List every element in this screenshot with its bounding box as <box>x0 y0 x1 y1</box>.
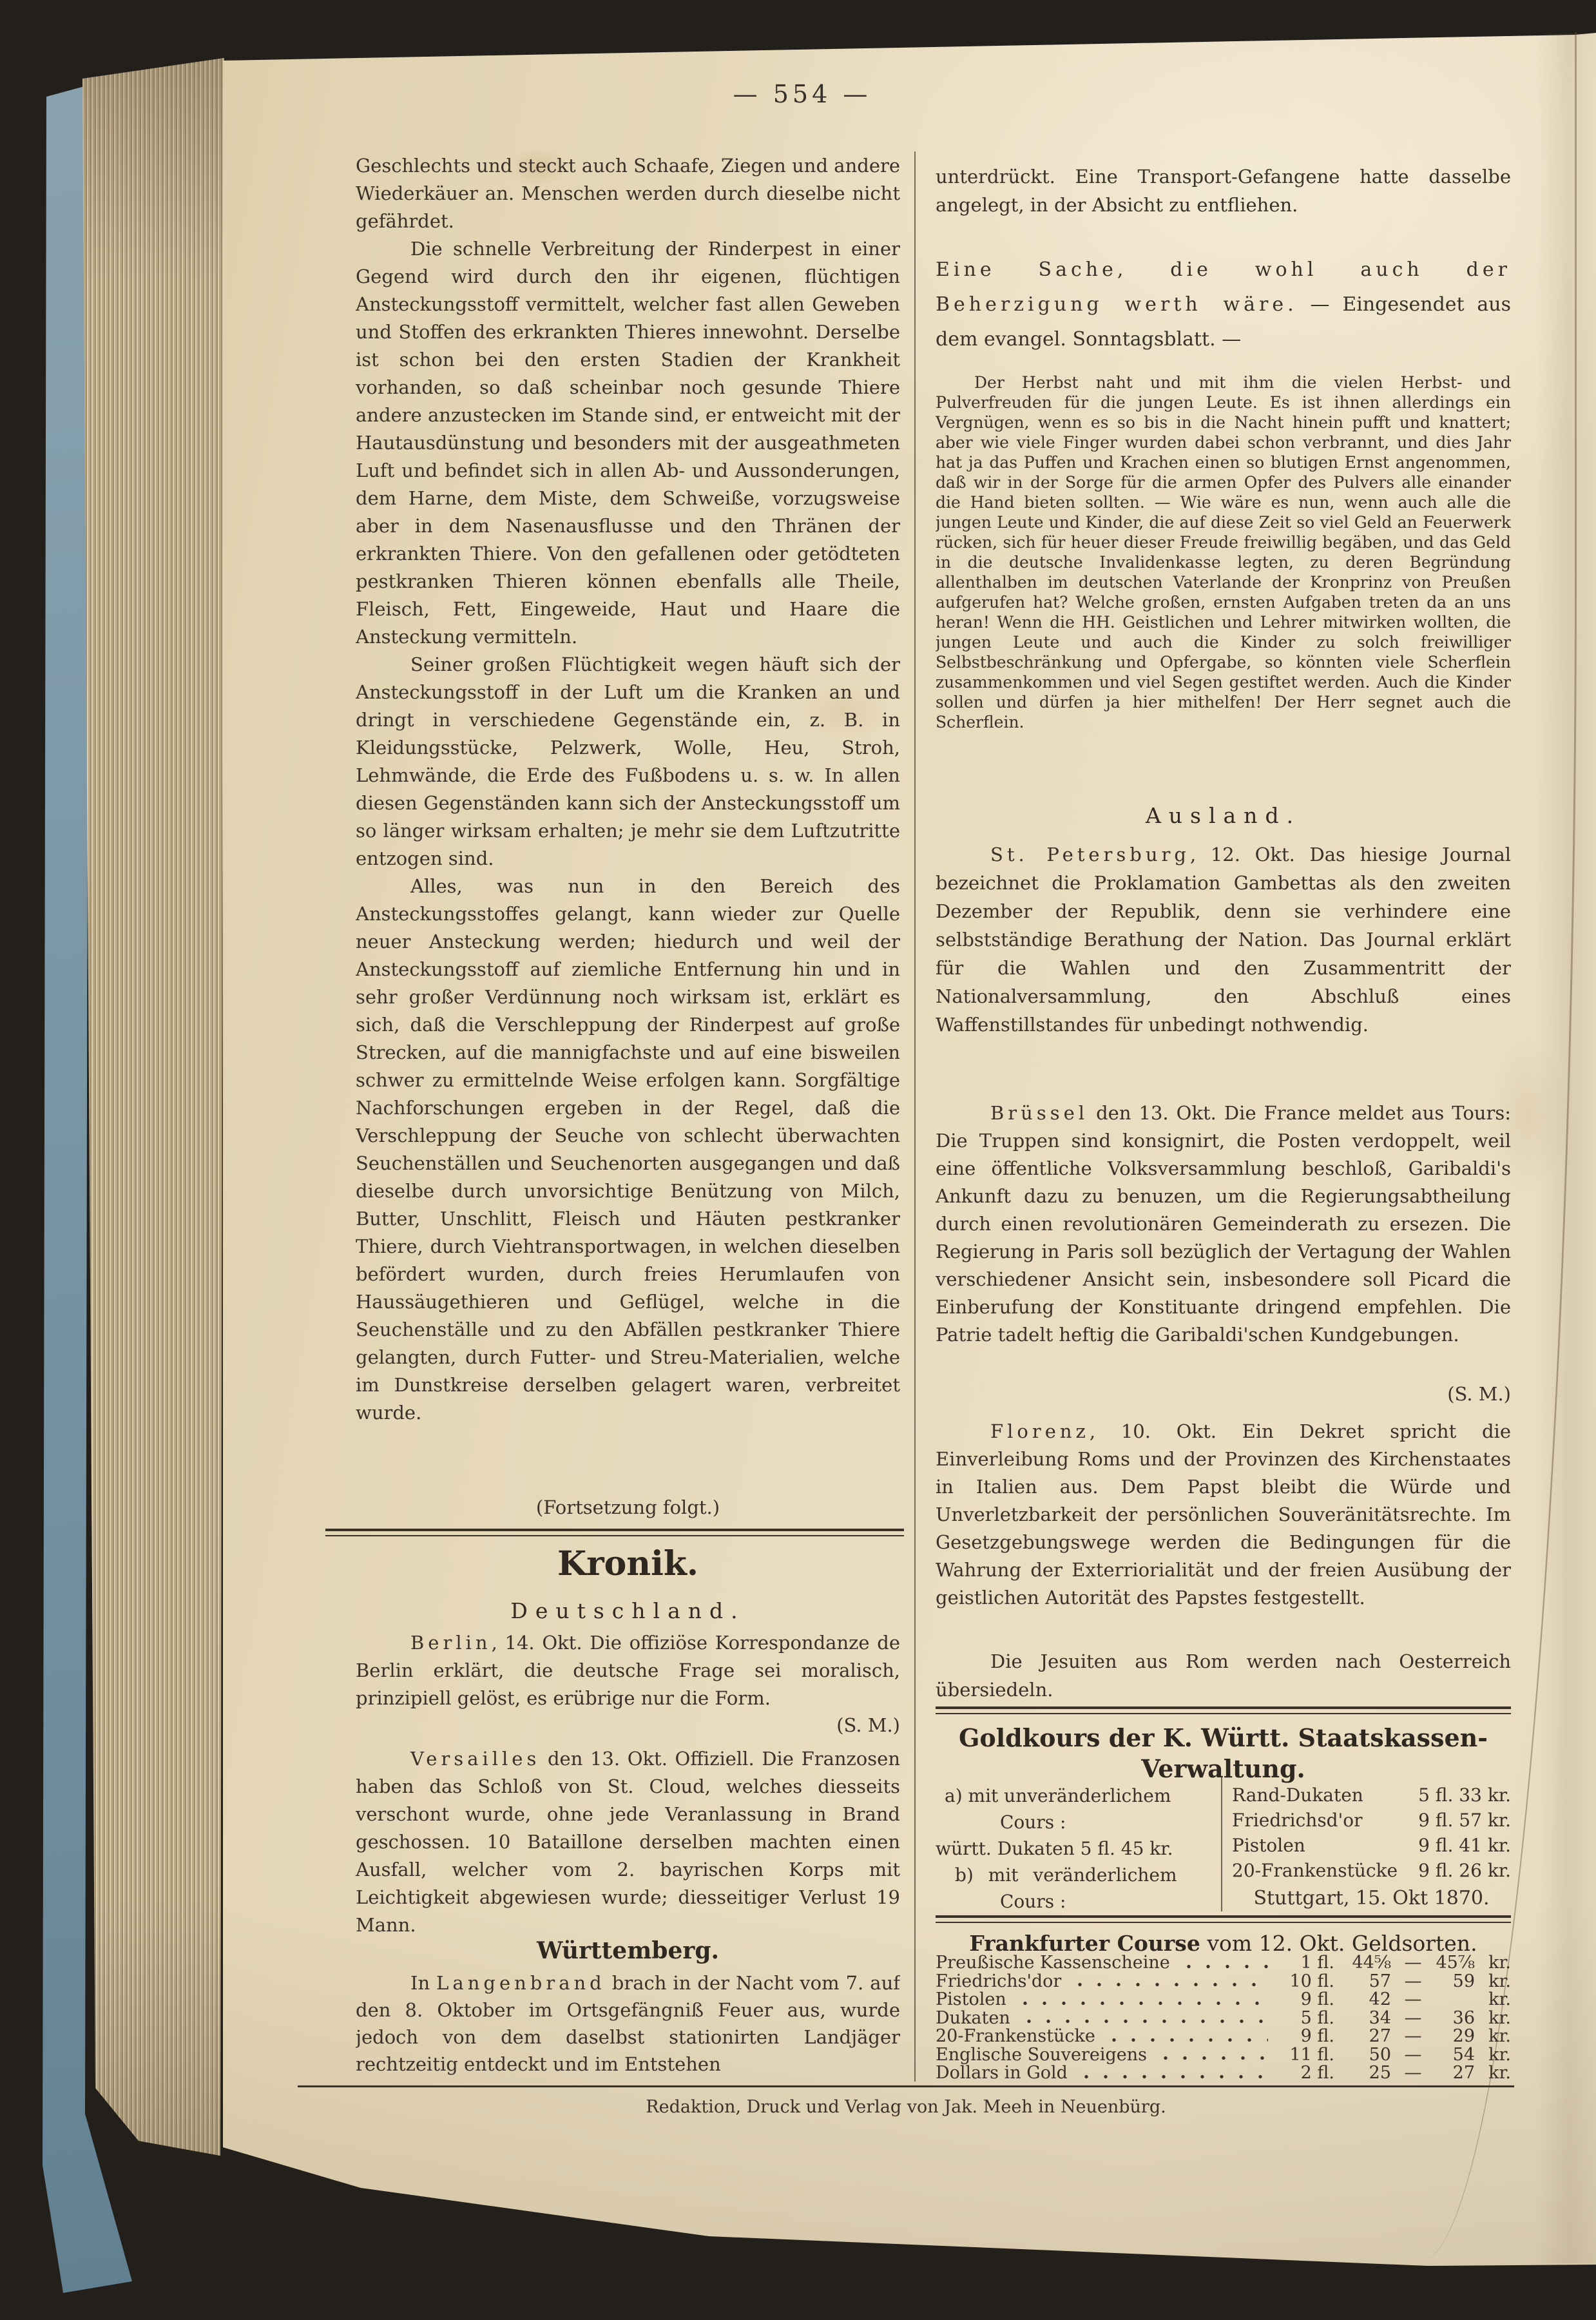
goldkours-divider <box>1221 1777 1222 1911</box>
section-rule <box>325 1529 904 1536</box>
sort-unit: kr. <box>1475 1954 1511 1973</box>
dispatch-text: Florenz, 10. Okt. Ein Dekret spricht die… <box>936 1418 1511 1612</box>
sort-low: 34 <box>1334 2009 1391 2028</box>
rate-row: 20-Frankenstücke9 fl. 26 kr. <box>1232 1858 1511 1883</box>
dateline-city: Langenbrand <box>436 1972 606 1994</box>
table-row: Preußische Kassenscheine1 fl.44⅝—45⅞kr. <box>936 1954 1511 1973</box>
dispatch-text: Eine Sache, die wohl auch der Beherzigun… <box>936 253 1511 357</box>
langenbrand-report: In Langenbrand brach in der Nacht vom 7.… <box>356 1969 900 2080</box>
dispatch-body: , 12. Okt. Das hiesige Journal bezeichne… <box>936 844 1511 1036</box>
dispatch-text: Berlin, 14. Okt. Die offiziöse Korrespon… <box>356 1629 900 1712</box>
sort-name: Englische Souvereigens <box>936 2046 1147 2065</box>
sort-unit: kr. <box>1475 2046 1511 2065</box>
article-paragraph: Alles, was nun in den Bereich des Anstec… <box>356 873 900 1427</box>
unterdrueckt-paragraph: unterdrückt. Eine Transport-Gefangene ha… <box>936 162 1511 219</box>
range-dash: — <box>1391 1954 1435 1973</box>
rate-name: Pistolen <box>1232 1833 1305 1858</box>
goldkours-course-labels: a) mit unveränderlichem Cours : württ. D… <box>936 1783 1216 1915</box>
rate-row: Rand-Dukaten5 fl. 33 kr. <box>1232 1783 1511 1808</box>
goldkours-dateline: Stuttgart, 15. Okt 1870. <box>1232 1883 1511 1911</box>
table-row: Dollars in Gold2 fl.25—27kr. <box>936 2064 1511 2083</box>
sort-fl: 5 fl. <box>1273 2009 1334 2028</box>
petersburg-dispatch: St. Petersburg, 12. Okt. Das hiesige Jou… <box>936 840 1511 1039</box>
sort-high: 54 <box>1435 2046 1475 2065</box>
course-b-label2: Cours : <box>936 1888 1216 1915</box>
range-dash: — <box>1391 1973 1435 1991</box>
dispatch-text: unterdrückt. Eine Transport-Gefangene ha… <box>936 162 1511 219</box>
course-a-value: württ. Dukaten 5 fl. 45 kr. <box>936 1835 1216 1862</box>
page-number: — 554 — <box>673 80 931 108</box>
rate-name: Friedrichsd'or <box>1232 1808 1363 1833</box>
sort-name: Dukaten <box>936 2009 1010 2028</box>
goldkours-rates: Rand-Dukaten5 fl. 33 kr. Friedrichsd'or9… <box>1232 1783 1511 1911</box>
table-row: Pistolen9 fl.42—kr. <box>936 1991 1511 2009</box>
table-row: Dukaten5 fl.34—36kr. <box>936 2009 1511 2028</box>
sort-high: 59 <box>1435 1973 1475 1991</box>
sort-unit: kr. <box>1475 2027 1511 2046</box>
sort-high: 29 <box>1435 2027 1475 2046</box>
range-dash: — <box>1391 2009 1435 2028</box>
berlin-dispatch: Berlin, 14. Okt. Die offiziöse Korrespon… <box>356 1629 900 1712</box>
rate-value: 9 fl. 41 kr. <box>1418 1833 1511 1858</box>
sort-high: 45⅞ <box>1435 1954 1475 1973</box>
book-scan: — 554 — Geschlechts und steckt auch Scha… <box>0 0 1596 2320</box>
leader-dots <box>1019 2019 1268 2024</box>
sort-low: 27 <box>1334 2027 1391 2046</box>
sort-fl: 1 fl. <box>1273 1954 1334 1973</box>
sort-low: 44⅝ <box>1334 1954 1391 1973</box>
sort-high: 27 <box>1435 2064 1475 2083</box>
rate-row: Pistolen9 fl. 41 kr. <box>1232 1833 1511 1858</box>
continuation-note: (Fortsetzung folgt.) <box>356 1496 900 1518</box>
dateline-city: Berlin <box>410 1632 492 1654</box>
versailles-dispatch: Versailles den 13. Okt. Offiziell. Die F… <box>356 1745 900 1939</box>
course-b-label: b) mit veränderlichem <box>936 1862 1216 1888</box>
rate-value: 9 fl. 26 kr. <box>1418 1858 1511 1883</box>
table-row: 20-Frankenstücke9 fl.27—29kr. <box>936 2027 1511 2046</box>
leader-dots <box>1077 2074 1268 2079</box>
ausland-heading: Ausland. <box>936 803 1511 828</box>
dispatch-text: In Langenbrand brach in der Nacht vom 7.… <box>356 1969 900 2078</box>
course-a-label2: Cours : <box>936 1809 1216 1835</box>
table-row: Englische Souvereigens11 fl.50—54kr. <box>936 2046 1511 2065</box>
bruessel-signature: (S. M.) <box>936 1383 1511 1405</box>
dispatch-intro: In <box>410 1972 436 1994</box>
sort-fl: 9 fl. <box>1273 2027 1334 2046</box>
dispatch-body: den 13. Okt. Offiziell. Die Franzosen ha… <box>356 1748 900 1936</box>
footer-imprint: Redaktion, Druck und Verlag von Jak. Mee… <box>298 2097 1514 2117</box>
goldkours-heading-line1: Goldkours der K. Württ. Staatskassen- <box>936 1723 1511 1752</box>
eine-sache-paragraph: Eine Sache, die wohl auch der Beherzigun… <box>936 253 1511 357</box>
sort-name: Preußische Kassenscheine <box>936 1954 1170 1973</box>
dispatch-text: Die Jesuiten aus Rom werden nach Oesterr… <box>936 1647 1511 1704</box>
section-rule <box>936 1915 1511 1923</box>
berlin-signature: (S. M.) <box>356 1714 900 1736</box>
sort-name: Dollars in Gold <box>936 2064 1068 2083</box>
goldkours-table: a) mit unveränderlichem Cours : württ. D… <box>936 1783 1511 1915</box>
wuerttemberg-heading: Württemberg. <box>356 1937 900 1964</box>
range-dash: — <box>1391 1991 1435 2009</box>
sort-low: 57 <box>1334 1973 1391 1991</box>
leader-dots <box>1015 2001 1268 2006</box>
article-paragraph: Die schnelle Verbreitung der Rinderpest … <box>356 235 900 651</box>
dateline-city: Versailles <box>410 1748 540 1770</box>
column-divider <box>914 151 916 2082</box>
sort-fl: 10 fl. <box>1273 1973 1334 1991</box>
sort-low: 50 <box>1334 2046 1391 2065</box>
sort-name: Friedrichs'dor <box>936 1973 1061 1991</box>
article-paragraph: Seiner großen Flüchtigkeit wegen häuft s… <box>356 651 900 873</box>
article-paragraph: Geschlechts und steckt auch Schaafe, Zie… <box>356 152 900 235</box>
sort-unit: kr. <box>1475 1973 1511 1991</box>
range-dash: — <box>1391 2027 1435 2046</box>
footer-rule <box>298 2085 1514 2087</box>
sort-name: Pistolen <box>936 1991 1006 2009</box>
rate-name: 20-Frankenstücke <box>1232 1858 1398 1883</box>
dateline-city: St. Petersburg <box>990 844 1190 865</box>
sort-low: 25 <box>1334 2064 1391 2083</box>
herbst-essay: Der Herbst naht und mit ihm die vielen H… <box>936 372 1511 798</box>
rate-value: 9 fl. 57 kr. <box>1418 1808 1511 1833</box>
left-column-article: Geschlechts und steckt auch Schaafe, Zie… <box>356 152 900 1499</box>
sort-unit: kr. <box>1475 2009 1511 2028</box>
leader-dots <box>1104 2038 1268 2042</box>
dateline-city: Florenz <box>990 1420 1090 1442</box>
sort-fl: 11 fl. <box>1273 2046 1334 2065</box>
sort-low: 42 <box>1334 1991 1391 2009</box>
sort-fl: 2 fl. <box>1273 2064 1334 2083</box>
kronik-heading: Kronik. <box>356 1544 900 1583</box>
section-rule <box>936 1706 1511 1714</box>
sort-unit: kr. <box>1475 1991 1511 2009</box>
range-dash: — <box>1391 2064 1435 2083</box>
dispatch-text: St. Petersburg, 12. Okt. Das hiesige Jou… <box>936 840 1511 1039</box>
rate-row: Friedrichsd'or9 fl. 57 kr. <box>1232 1808 1511 1833</box>
dispatch-body: , 10. Okt. Ein Dekret spricht die Einver… <box>936 1420 1511 1609</box>
range-dash: — <box>1391 2046 1435 2065</box>
sort-high <box>1435 1991 1475 2009</box>
rate-name: Rand-Dukaten <box>1232 1783 1363 1808</box>
rate-value: 5 fl. 33 kr. <box>1418 1783 1511 1808</box>
leader-dots <box>1070 1982 1268 1987</box>
goldkours-heading-line2: Verwaltung. <box>936 1754 1511 1783</box>
dispatch-body: den 13. Okt. Die France meldet aus Tours… <box>936 1102 1511 1346</box>
dateline-city: Brüssel <box>990 1102 1088 1124</box>
sort-fl: 9 fl. <box>1273 1991 1334 2009</box>
sort-name: 20-Frankenstücke <box>936 2027 1095 2046</box>
sort-unit: kr. <box>1475 2064 1511 2083</box>
frankfurter-table: Preußische Kassenscheine1 fl.44⅝—45⅞kr. … <box>936 1954 1511 2083</box>
dispatch-text: Brüssel den 13. Okt. Die France meldet a… <box>936 1099 1511 1349</box>
sort-high: 36 <box>1435 2009 1475 2028</box>
jesuiten-note: Die Jesuiten aus Rom werden nach Oesterr… <box>936 1647 1511 1704</box>
deutschland-heading: Deutschland. <box>356 1598 900 1623</box>
leader-dots <box>1179 1964 1268 1969</box>
table-row: Friedrichs'dor10 fl.57—59kr. <box>936 1973 1511 1991</box>
course-a-label: a) mit unveränderlichem <box>936 1783 1216 1809</box>
dispatch-text: Versailles den 13. Okt. Offiziell. Die F… <box>356 1745 900 1939</box>
bruessel-dispatch: Brüssel den 13. Okt. Die France meldet a… <box>936 1099 1511 1349</box>
leader-dots <box>1156 2056 1268 2060</box>
florenz-dispatch: Florenz, 10. Okt. Ein Dekret spricht die… <box>936 1418 1511 1612</box>
